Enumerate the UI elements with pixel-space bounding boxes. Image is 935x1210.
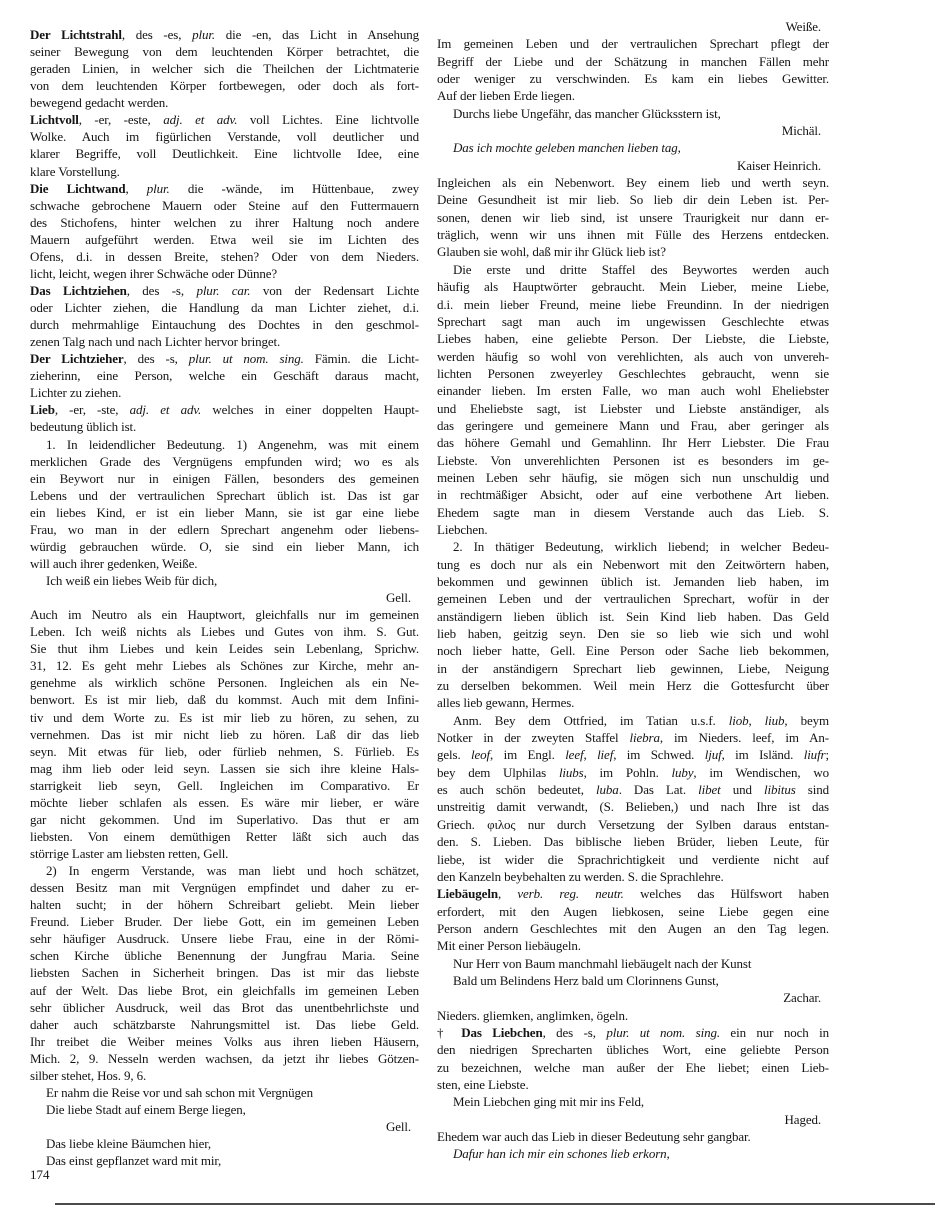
text-line: einander lieben. Im ersten Falle, wo man…: [437, 382, 829, 399]
text-line: d.i. mein lieber Freund, meine liebe Fre…: [437, 296, 829, 313]
text-line: gels. leof, im Engl. leef, lief, im Schw…: [437, 746, 829, 763]
text-line: ein liebes Kind, er ist ein lieber Mann,…: [30, 504, 419, 521]
text-line: seiner Bewegung von dem leuchtenden Körp…: [30, 43, 419, 60]
text-line: den. S. Lieben. Das biblische lieben Brü…: [437, 833, 829, 850]
text-line: vernehmen. Das ist mir nicht lieb zu hör…: [30, 726, 419, 743]
text-line: Mauern aufgeführt werden. Etwa weil sie …: [30, 231, 419, 248]
text-line: Dafur han ich mir ein schones lieb erkor…: [437, 1145, 829, 1162]
text-line: Das ich mochte geleben manchen lieben ta…: [437, 139, 829, 156]
text-line: Nur Herr von Baum manchmahl liebäugelt n…: [437, 955, 829, 972]
text-line: lieb haben, geitzig seyn. Den sie so lie…: [437, 625, 829, 642]
text-line: Mich. 2, 9. Nesseln werden wachsen, da j…: [30, 1050, 419, 1067]
text-line: Zachar.: [437, 989, 829, 1006]
text-line: 1. In leidendlicher Bedeutung. 1) Angene…: [30, 436, 419, 453]
text-line: Ingleichen als ein Nebenwort. Bey einem …: [437, 174, 829, 191]
text-line: es auch schön bedeutet, luba. Das Lat. l…: [437, 781, 829, 798]
text-line: lichten Personen zweyerley Geschlechtes …: [437, 365, 829, 382]
text-line: das höhere Gemahl und Gemahlinn. Ihr Her…: [437, 434, 829, 451]
text-line: Sie thut ihm Liebes und kein Leides sein…: [30, 640, 419, 657]
text-line: 2) In engerm Verstande, was man liebt un…: [30, 862, 419, 879]
text-line: benwort. Es ist mir lieb, daß du kommst.…: [30, 691, 419, 708]
text-line: anständigern lieben üblich ist. Sein Kin…: [437, 608, 829, 625]
text-line: Sprechart sagt man auch im ungewissen Ge…: [437, 313, 829, 330]
text-line: häufig als Hauptwörter gebraucht. Mein L…: [437, 278, 829, 295]
text-line: sten, eine Liebste.: [437, 1076, 829, 1093]
text-line: Das einst gepflanzet ward mit mir,: [30, 1152, 419, 1169]
text-line: geraden Linien, in welcher sich die Thei…: [30, 60, 419, 77]
text-line: des Stichofens, hinter welchen zu ihrer …: [30, 214, 419, 231]
text-line: Gell.: [30, 589, 419, 606]
text-line: sehr üblicher Ausdruck, weil das Brot da…: [30, 999, 419, 1016]
text-line: alles lieb gewann, Hermes.: [437, 694, 829, 711]
text-line: Im gemeinen Leben und der vertraulichen …: [437, 35, 829, 52]
text-line: seyn. Mit etwas für lieb, oder fürlieb n…: [30, 743, 419, 760]
text-line: und Eheliebste sagt, ist Liebster und Li…: [437, 400, 829, 417]
text-line: merklichen Grade des Vergnügens empfunde…: [30, 453, 419, 470]
text-line: möchte lieber schlafen als essen. Es wär…: [30, 794, 419, 811]
text-line: Lichtvoll, -er, -este, adj. et adv. voll…: [30, 111, 419, 128]
text-line: Leben. Ich weiß nichts als Liebes und Gu…: [30, 623, 419, 640]
text-line: Ofens, d.i. in dessen Breite, stehen? Od…: [30, 248, 419, 265]
text-line: Bald um Belindens Herz bald um Clorinnen…: [437, 972, 829, 989]
text-line: gemeinen Leben und der vertraulichen Spr…: [437, 590, 829, 607]
text-line: dessen Besitz man mit Vergnügen empfinde…: [30, 879, 419, 896]
text-line: Der Lichtstrahl, des -es, plur. die -en,…: [30, 26, 419, 43]
text-line: Die liebe Stadt auf einem Berge liegen,: [30, 1101, 419, 1118]
text-line: bekommen und gewinnen üblich ist. Jemand…: [437, 573, 829, 590]
text-line: Ehedem sagte man in diesem Verstande auc…: [437, 504, 829, 521]
text-line: mag ihm lieb oder leid seyn. Lassen sie …: [30, 760, 419, 777]
text-line: schwache gebrochene Mauern oder Steine a…: [30, 197, 419, 214]
text-line: durch mehrmahlige Eintauchung des Dochte…: [30, 316, 419, 333]
text-line: sehr häufiger Ausdruck. Unsere liebe Fra…: [30, 930, 419, 947]
text-line: Ich weiß ein liebes Weib für dich,: [30, 572, 419, 589]
text-line: liebe, ist wider die Sprachrichtigkeit u…: [437, 851, 829, 868]
text-line: Glauben sie wohl, daß mir ihr Glück lieb…: [437, 243, 829, 260]
text-line: genehme als wirklich schöne Personen. In…: [30, 674, 419, 691]
text-line: störrige Laster am liebsten retten, Gell…: [30, 845, 419, 862]
text-line: Mein Liebchen ging mit mir ins Feld,: [437, 1093, 829, 1110]
text-line: Anm. Bey dem Ottfried, im Tatian u.s.f. …: [437, 712, 829, 729]
text-line: Lebens und der vertraulichen Sprechart ü…: [30, 487, 419, 504]
left-column: Der Lichtstrahl, des -es, plur. die -en,…: [30, 26, 419, 1169]
text-line: oder Lichter ziehen, die Handlung da man…: [30, 299, 419, 316]
text-line: liebsten. Von einem demüthigen Retter lä…: [30, 828, 419, 845]
text-line: gar nicht gekommen. Und im Superlativo. …: [30, 811, 419, 828]
bottom-scan-line: [55, 1203, 935, 1205]
text-line: † Das Liebchen, des -s, plur. ut nom. si…: [437, 1024, 829, 1041]
text-line: schen Kirche übliche Benennung der Jungf…: [30, 947, 419, 964]
text-line: von dem leuchtenden Körper fortbewegen, …: [30, 77, 419, 94]
text-line: Mit einer Person liebäugeln.: [437, 937, 829, 954]
text-line: erfordert, mit den Augen liebkosen, sein…: [437, 903, 829, 920]
text-line: daher auch schätzbarste Nahrungsmittel i…: [30, 1016, 419, 1033]
text-line: klarer Begriffe, voll Deutlichkeit. Eine…: [30, 145, 419, 162]
text-line: Durchs liebe Ungefähr, das mancher Glück…: [437, 105, 829, 122]
text-line: Griech. φιλος nur durch Versetzung der S…: [437, 816, 829, 833]
text-line: auf der Welt. Das liebe Brot, ein gleich…: [30, 982, 419, 999]
text-line: Kaiser Heinrich.: [437, 157, 829, 174]
text-line: bedeutung üblich ist.: [30, 418, 419, 435]
text-line: Die Lichtwand, plur. die -wände, im Hütt…: [30, 180, 419, 197]
text-line: tiv und dem Worte zu. Es ist mir lieb zu…: [30, 709, 419, 726]
text-line: Michäl.: [437, 122, 829, 139]
text-line: klare Vorstellung.: [30, 163, 419, 180]
right-column: Weiße.Im gemeinen Leben und der vertraul…: [437, 18, 829, 1163]
text-line: 31, 12. Es geht mehr Liebes als Schönes …: [30, 657, 419, 674]
document-page: Der Lichtstrahl, des -es, plur. die -en,…: [0, 0, 935, 1210]
text-line: träglich, wenn wir uns ihnen mit Fülle d…: [437, 226, 829, 243]
text-line: Auf der lieben Erde liegen.: [437, 87, 829, 104]
text-line: Weiße.: [437, 18, 829, 35]
text-line: zu bezeichnen, welche man außer der Ehe …: [437, 1059, 829, 1076]
text-line: meinen Leben sehr häufig, sie mögen sich…: [437, 469, 829, 486]
text-line: Wolke. Auch im figürlichen Verstande, vo…: [30, 128, 419, 145]
text-line: den Kanzeln beybehalten zu werden. S. di…: [437, 868, 829, 885]
text-line: Liebchen.: [437, 521, 829, 538]
text-line: Ehedem war auch das Lieb in dieser Bedeu…: [437, 1128, 829, 1145]
text-line: silber stehet, Hos. 9, 6.: [30, 1067, 419, 1084]
text-line: werden häufig so wohl von verehlichten, …: [437, 348, 829, 365]
text-line: Das Lichtziehen, des -s, plur. car. von …: [30, 282, 419, 299]
text-line: Gell.: [30, 1118, 419, 1135]
text-line: Das liebe kleine Bäumchen hier,: [30, 1135, 419, 1152]
text-line: zieherinn, eine Person, welche ein Gesch…: [30, 367, 419, 384]
text-line: zenen Talg nach und nach Lichter hervor …: [30, 333, 419, 350]
text-line: Begriff der Liebe und der Schätzung in m…: [437, 53, 829, 70]
text-line: tung es doch nur als ein Nebenwort mit d…: [437, 556, 829, 573]
text-line: den niedrigen Sprecharten übliches Wort,…: [437, 1041, 829, 1058]
text-line: Deine Gesundheit ist mir lieb. So lieb d…: [437, 191, 829, 208]
text-line: Die erste und dritte Staffel des Beywort…: [437, 261, 829, 278]
text-line: Nieders. gliemken, anglimken, ögeln.: [437, 1007, 829, 1024]
text-line: Freund. Lieber Bruder. Der liebe Gott, e…: [30, 913, 419, 930]
text-line: liebsten Sachen in Sicherheit bringen. D…: [30, 964, 419, 981]
text-line: bewegend gedacht werden.: [30, 94, 419, 111]
text-line: bey dem Ulphilas liubs, im Pohln. luby, …: [437, 764, 829, 781]
text-line: Ihr treibet die Weiber meines Volks aus …: [30, 1033, 419, 1050]
text-line: Auch im Neutro als ein Hauptwort, gleich…: [30, 606, 419, 623]
text-line: noch lieber hatte, Gell. Eine Person ode…: [437, 642, 829, 659]
text-line: halten sucht; in der höhern Schreibart g…: [30, 896, 419, 913]
text-line: Liebäugeln, verb. reg. neutr. welches da…: [437, 885, 829, 902]
page-number: 174: [30, 1166, 50, 1183]
text-line: 2. In thätiger Bedeutung, wirklich liebe…: [437, 538, 829, 555]
text-line: in der anständigern Sprechart lieb gewin…: [437, 660, 829, 677]
text-line: Haged.: [437, 1111, 829, 1128]
text-line: licht, leicht, wegen ihrer Schwäche oder…: [30, 265, 419, 282]
text-line: sonen, denen wir lieb sind, ist unsere T…: [437, 209, 829, 226]
text-line: starrigkeit lieb seyn, Gell. Ingleichen …: [30, 777, 419, 794]
text-line: Lichter zu ziehen.: [30, 384, 419, 401]
text-line: Lieb, -er, -ste, adj. et adv. welches in…: [30, 401, 419, 418]
text-line: Liebes haben, eine geliebte Person. Der …: [437, 330, 829, 347]
text-line: unstreitig damit verwandt, (S. Belieben,…: [437, 798, 829, 815]
text-line: würdig gebrauchen würde. O, sie sind ein…: [30, 538, 419, 555]
text-line: das geringere und gemeinere Mann und Fra…: [437, 417, 829, 434]
text-line: Person andern Geschlechtes mit den Augen…: [437, 920, 829, 937]
text-line: in rechtmäßiger Absicht, oder auf eine v…: [437, 486, 829, 503]
text-line: oder weniger zu verschwinden. Es kam ein…: [437, 70, 829, 87]
text-line: ein Beywort nur in einigen Fällen, beson…: [30, 470, 419, 487]
text-line: Notker in der zweyten Staffel liebra, im…: [437, 729, 829, 746]
text-line: Frau, wo man in der edlern Sprechart ang…: [30, 521, 419, 538]
text-line: Liebste. Von unverehlichten Personen ist…: [437, 452, 829, 469]
text-line: Der Lichtzieher, des -s, plur. ut nom. s…: [30, 350, 419, 367]
text-line: will auch ihrer gedenken, Weiße.: [30, 555, 419, 572]
text-line: zu derselben bekommen. Weil mein Herz di…: [437, 677, 829, 694]
text-line: Er nahm die Reise vor und sah schon mit …: [30, 1084, 419, 1101]
